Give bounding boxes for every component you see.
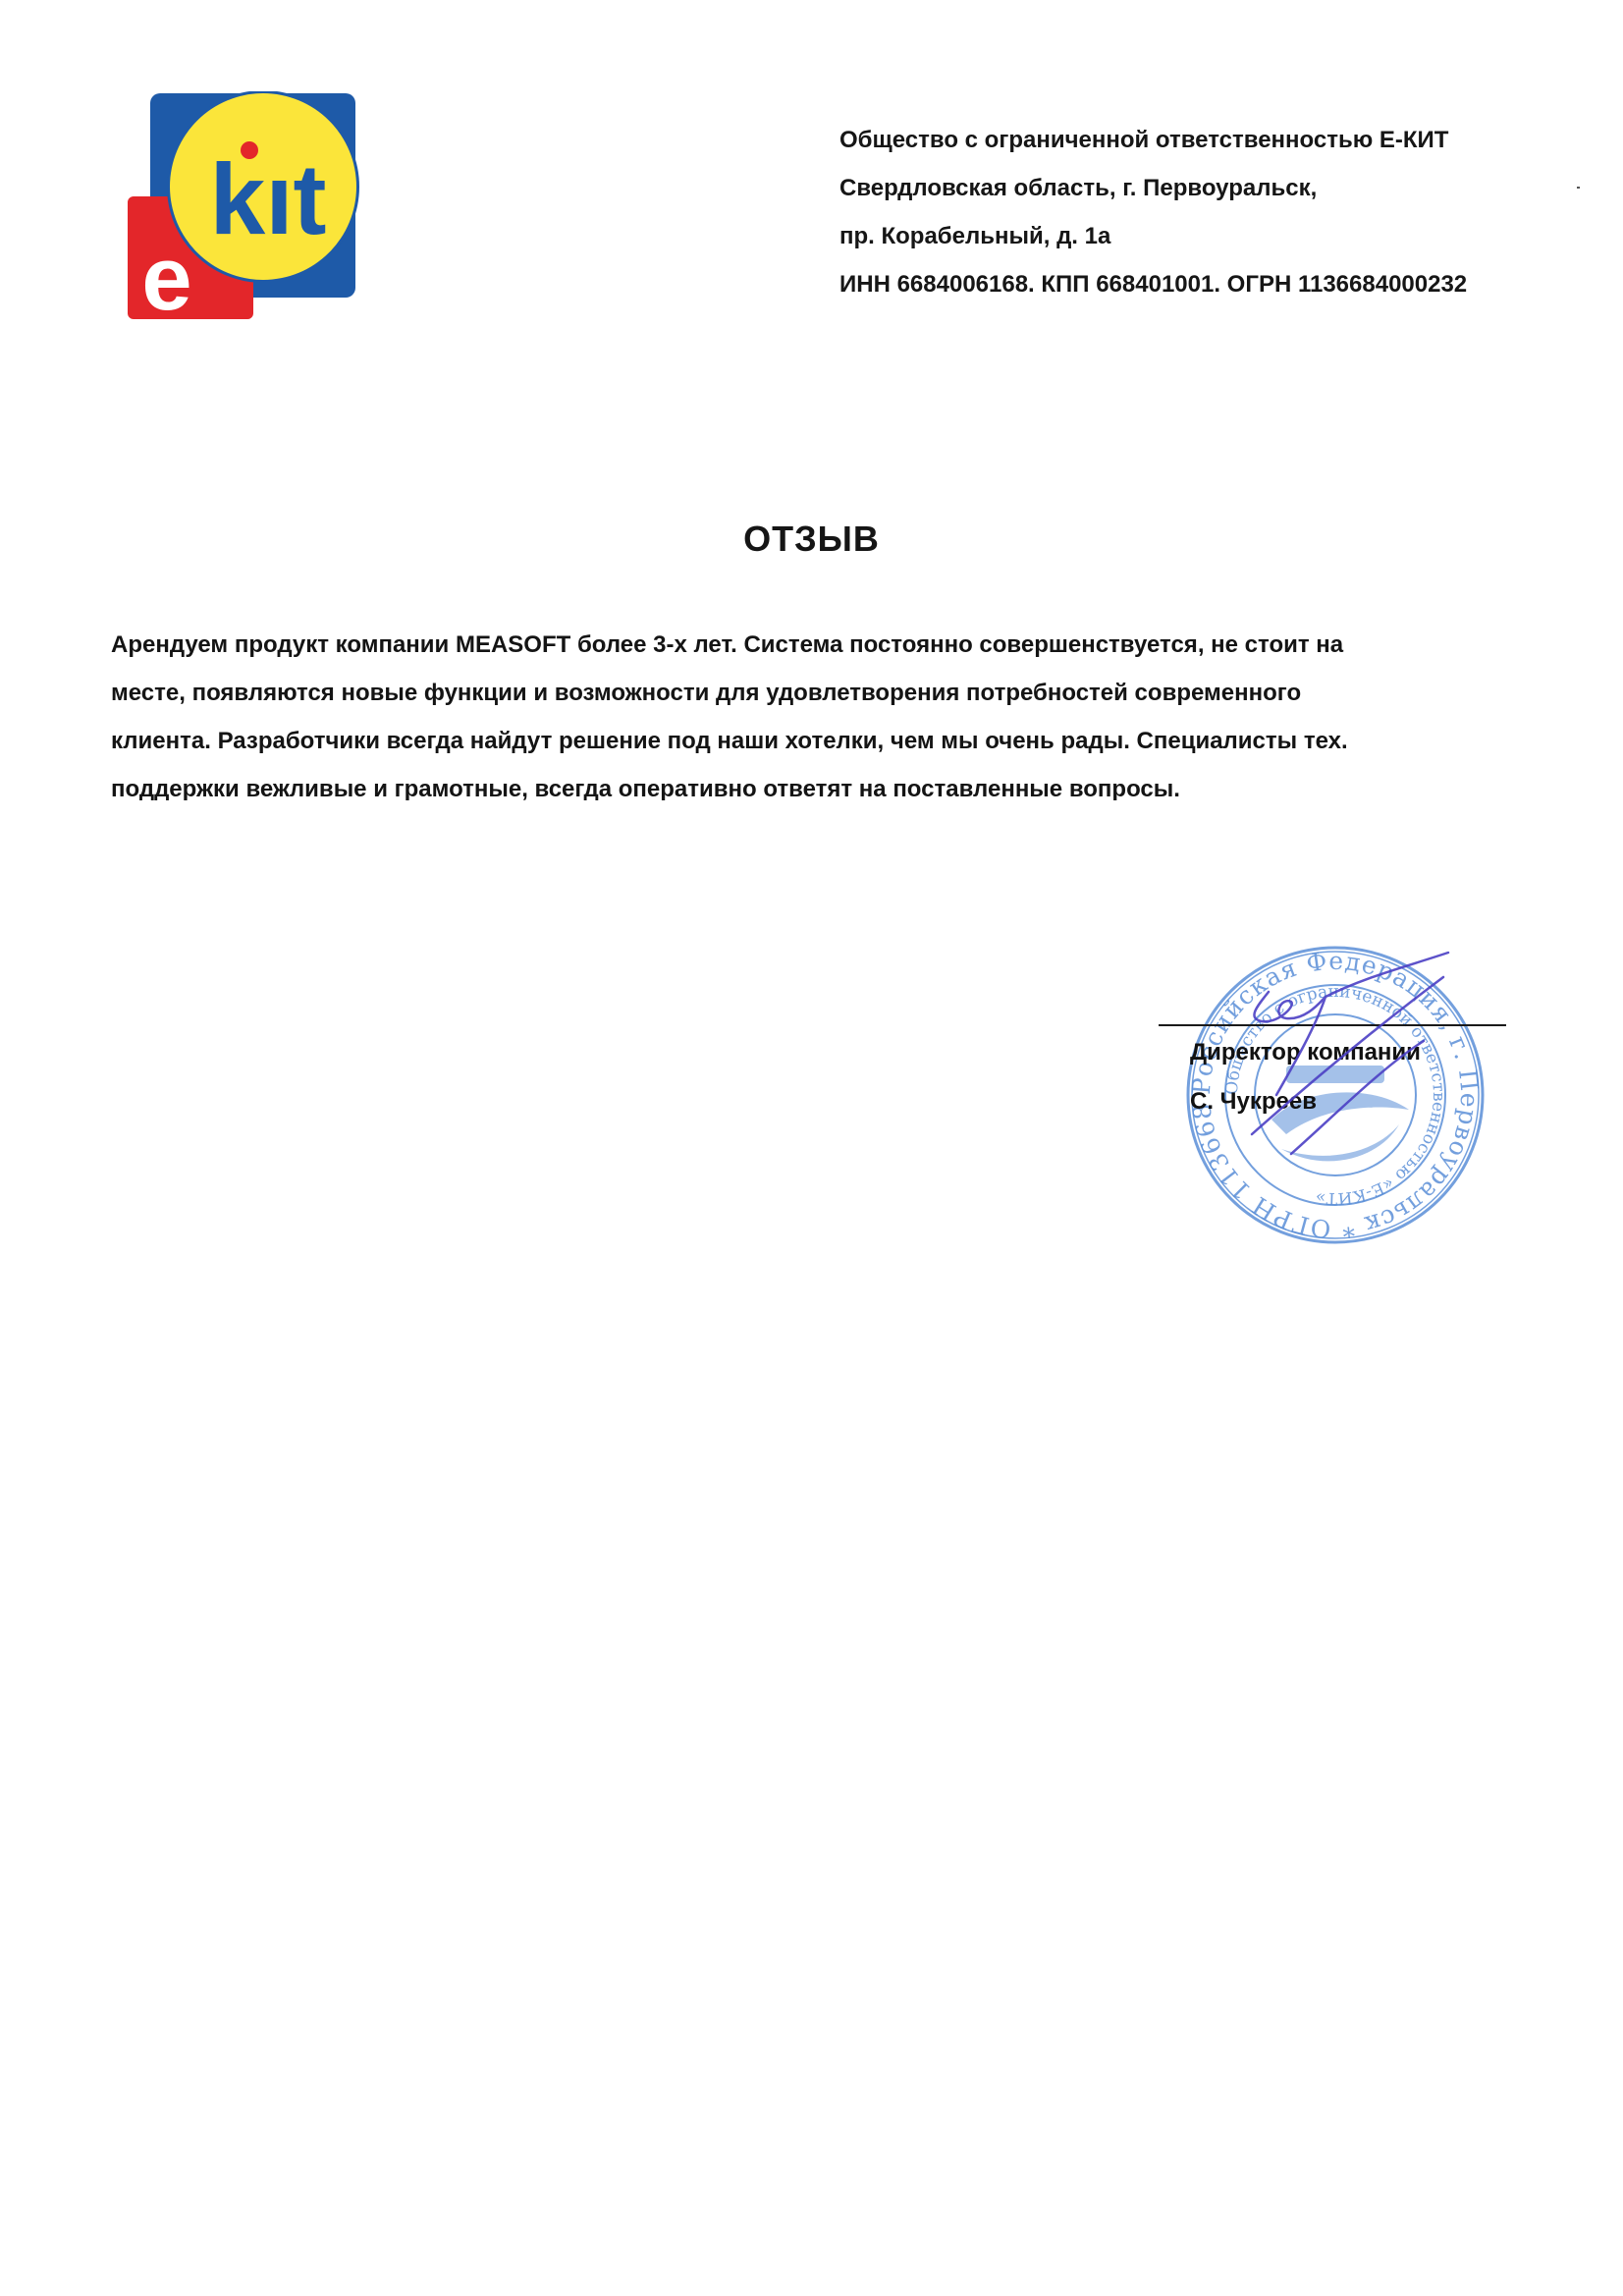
- svg-text:e: e: [141, 229, 191, 322]
- review-line: месте, появляются новые функции и возмож…: [111, 677, 1554, 725]
- company-logo: kıt e: [126, 91, 361, 322]
- signature-scribble-icon: [1217, 948, 1473, 1164]
- review-line: поддержки вежливые и грамотные, всегда о…: [111, 773, 1554, 800]
- review-line: клиента. Разработчики всегда найдут реше…: [111, 725, 1554, 773]
- handwritten-signature: [1217, 948, 1473, 1164]
- svg-text:kıt: kıt: [209, 143, 326, 255]
- company-requisites: Общество с ограниченной ответственностью…: [839, 124, 1467, 316]
- company-region: Свердловская область, г. Первоуральск,: [839, 172, 1467, 220]
- company-address: пр. Корабельный, д. 1а: [839, 220, 1467, 268]
- review-line: Арендуем продукт компании MEASOFT более …: [111, 629, 1554, 677]
- review-body: Арендуем продукт компании MEASOFT более …: [111, 629, 1554, 800]
- company-tax-ids: ИНН 6684006168. КПП 668401001. ОГРН 1136…: [839, 268, 1467, 316]
- document-title: ОТЗЫВ: [0, 519, 1623, 560]
- company-name: Общество с ограниченной ответственностью…: [839, 124, 1467, 172]
- scan-artifact: [1577, 187, 1580, 189]
- ekit-logo-icon: kıt e: [126, 91, 361, 322]
